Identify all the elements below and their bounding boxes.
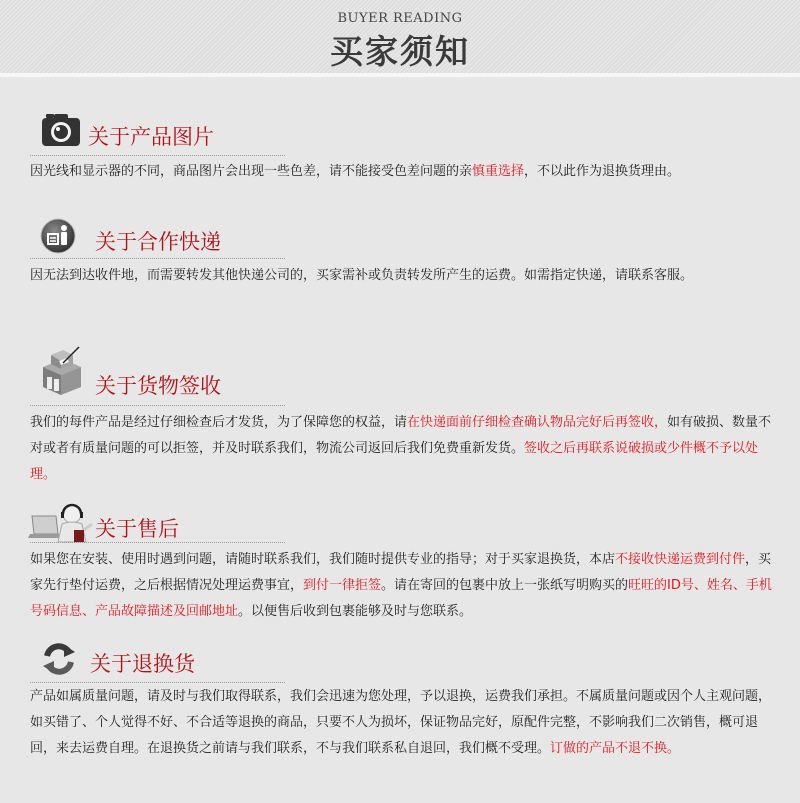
highlight-text: 在快递面前仔细检查确认物品完好后再签收， <box>407 415 667 430</box>
customer-service-icon <box>28 500 96 548</box>
body-text: 因无法到达收件地，而需要转发其他快递公司的，买家需补或负责转发所产生的运费。如需… <box>30 268 693 283</box>
section-title: 关于合作快递 <box>95 226 221 256</box>
dotted-divider <box>30 258 285 259</box>
body-text: 。请在寄回的包裹中放上一张纸写明购买的 <box>381 578 628 593</box>
highlight-text: 慎重选择 <box>472 164 524 179</box>
page-title: 买家须知 <box>0 26 800 73</box>
body-text: 我们的每件产品是经过仔细检查后才发货，为了保障您的权益，请 <box>30 415 407 430</box>
package-sign-icon <box>33 345 89 401</box>
section-body: 因光线和显示器的不同，商品图片会出现一些色差，请不能接受色差问题的亲慎重选择，不… <box>30 159 772 185</box>
header-banner: BUYER READING 买家须知 <box>0 0 800 73</box>
dotted-divider <box>30 405 285 406</box>
body-text: ，不以此作为退换货理由。 <box>524 164 680 179</box>
section-body: 产品如属质量问题，请及时与我们取得联系，我们会迅速为您处理，予以退换，运费我们承… <box>30 684 772 762</box>
body-text: 如果您在安装、使用时遇到问题，请随时联系我们，我们随时提供专业的指导；对于买家退… <box>30 552 615 567</box>
header-subtitle: BUYER READING <box>0 11 800 26</box>
section-body: 我们的每件产品是经过仔细检查后才发货，为了保障您的权益，请在快递面前仔细检查确认… <box>30 410 772 488</box>
courier-info-icon <box>40 218 76 258</box>
section-title: 关于货物签收 <box>95 370 221 400</box>
section-title: 关于售后 <box>95 513 179 543</box>
dotted-divider <box>30 682 285 683</box>
highlight-text: 订做的产品不退不换。 <box>550 741 680 756</box>
section-body: 如果您在安装、使用时遇到问题，请随时联系我们，我们随时提供专业的指导；对于买家退… <box>30 547 772 625</box>
exchange-refresh-icon <box>42 642 76 680</box>
camera-icon <box>42 114 82 150</box>
section-title: 关于退换货 <box>90 648 195 678</box>
section-title: 关于产品图片 <box>88 121 214 151</box>
banner-divider <box>0 73 800 77</box>
dotted-divider <box>30 155 285 156</box>
highlight-text: 到付一律拒签 <box>303 578 381 593</box>
highlight-text: 不接收快递运费到付件 <box>615 552 745 567</box>
body-text: 。以便售后收到包裹能够及时与您联系。 <box>238 604 472 619</box>
dotted-divider <box>30 542 285 543</box>
body-text: 因光线和显示器的不同，商品图片会出现一些色差，请不能接受色差问题的亲 <box>30 164 472 179</box>
section-body: 因无法到达收件地，而需要转发其他快递公司的，买家需补或负责转发所产生的运费。如需… <box>30 263 772 289</box>
